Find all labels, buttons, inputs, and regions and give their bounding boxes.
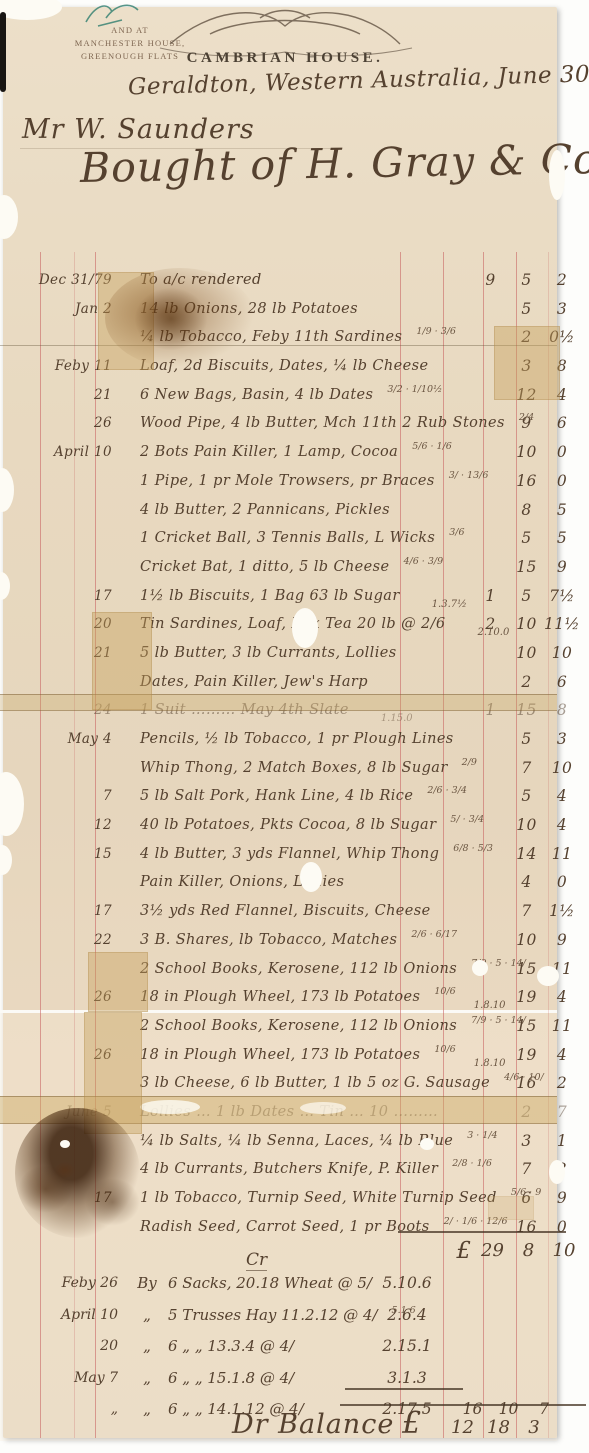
entry-superscripts: 3/2 · 1/10½ xyxy=(387,384,442,395)
amount-shillings: 3 xyxy=(510,1127,543,1156)
amount-pounds xyxy=(471,897,510,926)
entry-subtotal-note: 2.10.0 xyxy=(478,627,510,638)
tape-band xyxy=(0,694,557,711)
amount-pence: 4 xyxy=(543,811,581,840)
balance-row: Dr Balance £ 12 18 3 xyxy=(0,1406,553,1441)
entry-description: ¼ lb Salts, ¼ lb Senna, Laces, ¼ lb Blue xyxy=(140,1133,453,1149)
entry-description: Cricket Bat, 1 ditto, 5 lb Cheese xyxy=(140,559,389,575)
entry-description: 40 lb Potatoes, Pkts Cocoa, 8 lb Sugar xyxy=(140,817,436,833)
ledger-row: 3 lb Cheese, 6 lb Butter, 1 lb 5 oz G. S… xyxy=(0,1069,553,1098)
entry-description: 3 B. Shares, lb Tobacco, Matches xyxy=(140,932,397,948)
amount-pounds: 1 xyxy=(471,582,510,611)
amount-shillings: 4 xyxy=(510,868,543,897)
amount-shillings: 7 xyxy=(510,897,543,926)
amount-pence: 0 xyxy=(543,868,581,897)
entry-superscripts: 5/ · 3/4 xyxy=(450,814,484,825)
tear xyxy=(300,1102,346,1114)
ledger-row: 7 5 lb Salt Pork, Hank Line, 4 lb Rice2/… xyxy=(0,782,553,811)
entry-subtotal-note: 1.8.10 xyxy=(474,1000,506,1011)
amount-pence: 9 xyxy=(543,1184,581,1213)
scanned-invoice: AND AT MANCHESTER HOUSE, GREENOUGH FLATS… xyxy=(0,0,589,1453)
tear xyxy=(537,966,559,986)
amount-pence: 3 xyxy=(543,295,581,324)
tear xyxy=(140,1100,200,1114)
amount-shillings: 7 xyxy=(510,1155,543,1184)
entry-superscripts: 4/6 · 10/ xyxy=(504,1072,544,1083)
balance-shillings: 18 xyxy=(482,1417,515,1438)
entry-date xyxy=(0,553,128,582)
credit-by: „ xyxy=(130,1363,164,1395)
entry-description: Pencils, ½ lb Tobacco, 1 pr Plough Lines xyxy=(140,731,454,747)
amount-shillings: 5 xyxy=(510,582,543,611)
credit-pence xyxy=(525,1300,563,1332)
amount-pounds: 9 xyxy=(471,266,510,295)
entry-superscripts: 3 · 1/4 xyxy=(467,1130,497,1141)
total-pence: 10 xyxy=(545,1236,583,1266)
amount-pounds xyxy=(471,553,510,582)
entry-superscripts: 5/6 · 1/6 xyxy=(412,441,452,452)
ledger-row: 1 Pipe, 1 pr Mole Trowsers, pr Braces3/ … xyxy=(0,467,553,496)
amount-pence: 1½ xyxy=(543,897,581,926)
entry-date: 26 xyxy=(0,409,128,438)
credit-pence xyxy=(525,1268,563,1300)
entry-description: 4 lb Butter, 2 Pannicans, Pickles xyxy=(140,502,390,518)
entry-date: 22 xyxy=(0,926,128,955)
amount-shillings: 19 xyxy=(510,983,543,1012)
entry-description: 2 School Books, Kerosene, 112 lb Onions xyxy=(140,961,457,977)
entry-superscripts: 3/6 xyxy=(449,527,464,538)
entry-date xyxy=(0,467,128,496)
amount-shillings: 15 xyxy=(510,553,543,582)
entry-superscripts: 2/8 · 1/6 xyxy=(452,1158,492,1169)
amount-shillings: 19 xyxy=(510,1041,543,1070)
balance-label: Dr Balance xyxy=(232,1409,402,1440)
credit-by: „ xyxy=(130,1331,164,1363)
tape-patch xyxy=(494,326,560,400)
tape-patch xyxy=(88,952,148,1012)
bought-of-line: Bought of H. Gray & Co xyxy=(80,136,546,192)
entry-date: 21 xyxy=(0,381,128,410)
credit-section: Feby 26 By 6 Sacks, 20.18 Wheat @ 5/ 5.1… xyxy=(0,1268,553,1426)
amount-pence: 6 xyxy=(543,409,581,438)
entry-date xyxy=(0,524,128,553)
entry-superscripts: 10/6 xyxy=(434,986,455,997)
entry-date xyxy=(0,754,128,783)
amount-pence: 5 xyxy=(543,496,581,525)
entry-description: 5 lb Salt Pork, Hank Line, 4 lb Rice xyxy=(140,788,413,804)
amount-shillings: 10 xyxy=(510,438,543,467)
ledger-row: May 4 Pencils, ½ lb Tobacco, 1 pr Plough… xyxy=(0,725,553,754)
entry-description: 4 lb Butter, 3 yds Flannel, Whip Thong xyxy=(140,846,439,862)
ledger-row: 15 4 lb Butter, 3 yds Flannel, Whip Thon… xyxy=(0,840,553,869)
amount-pounds xyxy=(471,725,510,754)
amount-pence: 5 xyxy=(543,524,581,553)
fold-line xyxy=(0,345,557,346)
ledger-row: 21 5 lb Butter, 3 lb Currants, Lollies 1… xyxy=(0,639,553,668)
tear xyxy=(292,608,318,648)
tear xyxy=(472,960,488,976)
credit-shillings xyxy=(492,1268,525,1300)
ledger-row: 4 lb Butter, 2 Pannicans, Pickles 8 5 xyxy=(0,496,553,525)
amount-pounds xyxy=(471,639,510,668)
ledger-row: Jan 2 14 lb Onions, 28 lb Potatoes 5 3 xyxy=(0,295,553,324)
amount-shillings: 16 xyxy=(510,467,543,496)
ink-blot-speck xyxy=(60,1140,70,1148)
entry-superscripts: 6/8 · 5/3 xyxy=(453,843,493,854)
amount-shillings: 14 xyxy=(510,840,543,869)
tape-patch xyxy=(488,1196,534,1220)
entry-date: May 4 xyxy=(0,725,128,754)
entry-description: Wood Pipe, 4 lb Butter, Mch 11th 2 Rub S… xyxy=(140,415,505,431)
tape-patch xyxy=(92,612,152,710)
entry-superscripts: 7/9 · 5 · 14/ xyxy=(471,1015,526,1026)
ledger-row: 2 School Books, Kerosene, 112 lb Onions7… xyxy=(0,1012,553,1041)
ledger-row: 26 18 in Plough Wheel, 173 lb Potatoes10… xyxy=(0,983,553,1012)
credit-description: 5 Trusses Hay 11.2.12 @ 4/ xyxy=(168,1306,378,1324)
credit-description: 6 „ „ 13.3.4 @ 4/ xyxy=(168,1337,294,1355)
customer-name: Mr W. Saunders xyxy=(22,114,255,145)
ledger-row: 12 40 lb Potatoes, Pkts Cocoa, 8 lb Suga… xyxy=(0,811,553,840)
entry-superscripts: 3/ · 13/6 xyxy=(449,470,489,481)
credit-pence xyxy=(525,1331,563,1363)
entry-description: 1 lb Tobacco, Turnip Seed, White Turnip … xyxy=(140,1190,497,1206)
ink-blot xyxy=(85,1178,140,1226)
amount-pounds xyxy=(471,782,510,811)
entry-superscripts: 2/4 xyxy=(519,412,534,423)
credit-date: May 7 xyxy=(0,1363,130,1395)
credit-description: 6 „ „ 15.1.8 @ 4/ xyxy=(168,1369,294,1387)
tear xyxy=(549,1160,565,1184)
amount-pence: 10 xyxy=(543,639,581,668)
balance-pounds: 12 xyxy=(443,1417,482,1438)
amount-pounds xyxy=(471,295,510,324)
amount-shillings: 8 xyxy=(510,496,543,525)
entry-description: 5 lb Butter, 3 lb Currants, Lollies xyxy=(140,645,397,661)
amount-pounds xyxy=(471,524,510,553)
entry-description: Whip Thong, 2 Match Boxes, 8 lb Sugar xyxy=(140,760,448,776)
ledger-row: Dec 31/79 To a/c rendered 9 5 2 xyxy=(0,266,553,295)
amount-pence: 4 xyxy=(543,782,581,811)
amount-shillings: 5 xyxy=(510,295,543,324)
credit-row: May 7 „ 6 „ „ 15.1.8 @ 4/ 3.1.3 xyxy=(0,1363,553,1395)
amount-pounds xyxy=(471,668,510,697)
amount-pence: 0 xyxy=(543,438,581,467)
stain xyxy=(55,1162,75,1178)
tear xyxy=(300,862,322,892)
credit-amount: 5.10.6 xyxy=(361,1268,453,1300)
amount-shillings: 10 xyxy=(510,639,543,668)
entry-description: 18 in Plough Wheel, 173 lb Potatoes xyxy=(140,989,420,1005)
entry-description: 2 School Books, Kerosene, 112 lb Onions xyxy=(140,1018,457,1034)
entry-description: 4 lb Currants, Butchers Knife, P. Killer xyxy=(140,1161,438,1177)
tear xyxy=(420,1138,434,1150)
amount-pounds xyxy=(471,868,510,897)
credit-by: „ xyxy=(130,1300,164,1332)
credit-amount-underline xyxy=(345,1388,463,1390)
amount-shillings: 7 xyxy=(510,754,543,783)
entry-superscripts: 1/9 · 3/6 xyxy=(416,326,456,337)
entry-description: 1 Cricket Ball, 3 Tennis Balls, L Wicks xyxy=(140,530,435,546)
ledger-row: 22 3 B. Shares, lb Tobacco, Matches2/6 ·… xyxy=(0,926,553,955)
entry-subtotal-note: 1.8.10 xyxy=(474,1058,506,1069)
entry-superscripts: 2/6 · 6/17 xyxy=(411,929,457,940)
amount-pence: 10 xyxy=(543,754,581,783)
amount-shillings: 10 xyxy=(510,610,543,639)
total-shillings: 8 xyxy=(512,1236,545,1266)
ledger-row: Cricket Bat, 1 ditto, 5 lb Cheese4/6 · 3… xyxy=(0,553,553,582)
entry-description: Radish Seed, Carrot Seed, 1 pr Boots xyxy=(140,1219,430,1235)
ledger-row: 26 18 in Plough Wheel, 173 lb Potatoes10… xyxy=(0,1041,553,1070)
credit-row: April 10 „ 5 Trusses Hay 11.2.12 @ 4/5.1… xyxy=(0,1300,553,1332)
ledger-row: 1 Cricket Ball, 3 Tennis Balls, L Wicks3… xyxy=(0,524,553,553)
credit-pence xyxy=(525,1363,563,1395)
entry-date: 17 xyxy=(0,897,128,926)
balance-pound-mark: £ xyxy=(402,1406,443,1441)
total-underline xyxy=(398,1231,566,1233)
house-name: CAMBRIAN HOUSE. xyxy=(150,50,420,67)
credit-shillings xyxy=(492,1300,525,1332)
amount-pence: 6 xyxy=(543,668,581,697)
ledger-row: 2 School Books, Kerosene, 112 lb Onions7… xyxy=(0,955,553,984)
amount-pence: 11 xyxy=(543,1012,581,1041)
entry-description: 1 Pipe, 1 pr Mole Trowsers, pr Braces xyxy=(140,473,435,489)
tear xyxy=(549,150,565,200)
amount-shillings: 10 xyxy=(510,926,543,955)
amount-pounds xyxy=(471,409,510,438)
credit-by: By xyxy=(130,1268,164,1300)
entry-subtotal-note: 1.15.0 xyxy=(381,713,413,724)
scan-edge-mark xyxy=(0,12,6,92)
credit-date: 20 xyxy=(0,1331,130,1363)
amount-pounds xyxy=(471,926,510,955)
amount-pence: 9 xyxy=(543,553,581,582)
ledger-row: 20 Tin Sardines, Loaf, Box Tea 20 lb @ 2… xyxy=(0,610,553,639)
credit-pounds xyxy=(453,1268,492,1300)
ledger-row: April 10 2 Bots Pain Killer, 1 Lamp, Coc… xyxy=(0,438,553,467)
amount-pence: 0 xyxy=(543,467,581,496)
ledger-row: 17 3½ yds Red Flannel, Biscuits, Cheese … xyxy=(0,897,553,926)
credit-pounds xyxy=(453,1331,492,1363)
amount-pence: 4 xyxy=(543,1041,581,1070)
amount-shillings: 5 xyxy=(510,782,543,811)
credit-shillings xyxy=(492,1363,525,1395)
entry-superscripts: 4/6 · 3/9 xyxy=(403,556,443,567)
ledger-row: Whip Thong, 2 Match Boxes, 8 lb Sugar2/9… xyxy=(0,754,553,783)
entry-date: April 10 xyxy=(0,438,128,467)
credit-date: April 10 xyxy=(0,1300,130,1332)
entry-description: 1½ lb Biscuits, 1 Bag 63 lb Sugar xyxy=(140,588,400,604)
entry-date: 15 xyxy=(0,840,128,869)
amount-pence: 11 xyxy=(543,840,581,869)
amount-pence: 4 xyxy=(543,983,581,1012)
ledger-row: Pain Killer, Onions, Lollies 4 0 xyxy=(0,868,553,897)
entry-description: 3½ yds Red Flannel, Biscuits, Cheese xyxy=(140,903,431,919)
entry-description: 6 New Bags, Basin, 4 lb Dates xyxy=(140,387,373,403)
ledger-row: Dates, Pain Killer, Jew's Harp 2 6 xyxy=(0,668,553,697)
amount-shillings: 10 xyxy=(510,811,543,840)
entry-description: 18 in Plough Wheel, 173 lb Potatoes xyxy=(140,1047,420,1063)
credit-row: 20 „ 6 „ „ 13.3.4 @ 4/ 2.15.1 xyxy=(0,1331,553,1363)
credit-description: 6 Sacks, 20.18 Wheat @ 5/ xyxy=(168,1274,372,1292)
credit-row: Feby 26 By 6 Sacks, 20.18 Wheat @ 5/ 5.1… xyxy=(0,1268,553,1300)
credit-superscripts: 5.1.6 xyxy=(392,1305,416,1316)
entry-description: 2 Bots Pain Killer, 1 Lamp, Cocoa xyxy=(140,444,398,460)
amount-pounds xyxy=(471,496,510,525)
amount-shillings: 2 xyxy=(510,668,543,697)
corner-mark xyxy=(82,0,144,32)
ledger-row: Feby 11 Loaf, 2d Biscuits, Dates, ¼ lb C… xyxy=(0,352,553,381)
ledger-row: ¼ lb Tobacco, Feby 11th Sardines1/9 · 3/… xyxy=(0,323,553,352)
amount-pence: 9 xyxy=(543,926,581,955)
entry-date xyxy=(0,868,128,897)
credit-pounds xyxy=(453,1300,492,1332)
total-row: £ 29 8 10 xyxy=(0,1236,553,1266)
ledger-row: 21 6 New Bags, Basin, 4 lb Dates3/2 · 1/… xyxy=(0,381,553,410)
entry-subtotal-note: 1.3.7½ xyxy=(432,599,467,610)
credit-shillings xyxy=(492,1331,525,1363)
stain xyxy=(135,288,207,350)
amount-pounds xyxy=(471,438,510,467)
entry-superscripts: 2/9 xyxy=(462,757,477,768)
amount-shillings: 5 xyxy=(510,266,543,295)
amount-pence: 7½ xyxy=(543,582,581,611)
ledger-row: 17 1½ lb Biscuits, 1 Bag 63 lb Sugar1.3.… xyxy=(0,582,553,611)
balance-pence: 3 xyxy=(515,1417,553,1438)
amount-pence: 1 xyxy=(543,1127,581,1156)
amount-pence: 3 xyxy=(543,725,581,754)
entry-date: 17 xyxy=(0,582,128,611)
credit-date: Feby 26 xyxy=(0,1268,130,1300)
amount-pence: 2 xyxy=(543,266,581,295)
amount-shillings: 5 xyxy=(510,524,543,553)
entry-superscripts: 10/6 xyxy=(434,1044,455,1055)
pound-mark: £ xyxy=(456,1238,471,1264)
entry-description: Dates, Pain Killer, Jew's Harp xyxy=(140,674,368,690)
total-pounds: 29 xyxy=(473,1236,512,1266)
entry-date xyxy=(0,496,128,525)
ledger-row: 26 Wood Pipe, 4 lb Butter, Mch 11th 2 Ru… xyxy=(0,409,553,438)
amount-pence: 2 xyxy=(543,1069,581,1098)
entry-superscripts: 2/6 · 3/4 xyxy=(427,785,467,796)
entry-description: 3 lb Cheese, 6 lb Butter, 1 lb 5 oz G. S… xyxy=(140,1075,490,1091)
credit-amount: 2.15.1 xyxy=(361,1331,453,1363)
amount-pence: 11½ xyxy=(543,610,581,639)
amount-shillings: 5 xyxy=(510,725,543,754)
